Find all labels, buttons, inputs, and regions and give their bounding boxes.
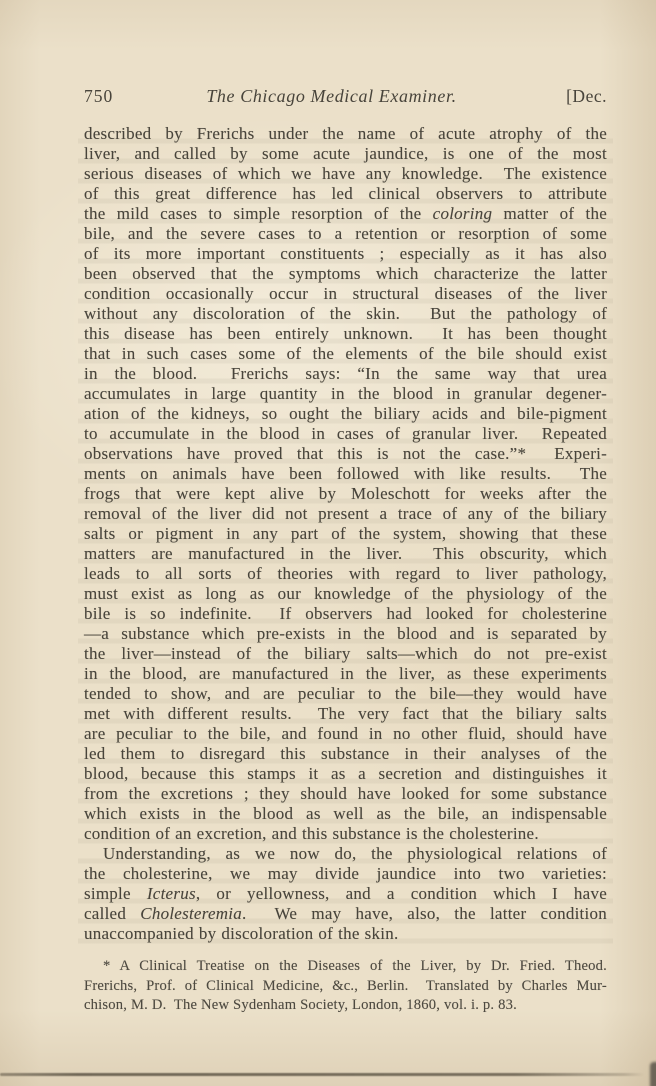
text-segment: —a substance which pre-exists in the blo… <box>84 624 607 643</box>
text-segment: ments on animals have been followed with… <box>84 464 607 483</box>
text-line: without any discoloration of the skin. B… <box>84 304 607 324</box>
text-segment: unaccompanied by discoloration of the sk… <box>84 924 398 943</box>
issue-label: [Dec. <box>566 86 607 107</box>
text-line: that in such cases some of the elements … <box>84 344 607 364</box>
text-segment: in the blood. Frerichs says: “In the sam… <box>84 364 607 383</box>
text-segment: of its more important constituents ; esp… <box>84 244 607 263</box>
text-line: * A Clinical Treatise on the Diseases of… <box>84 957 607 977</box>
text-segment: liver, and called by some acute jaundice… <box>84 144 607 163</box>
text-segment: Understanding, as we now do, the physiol… <box>103 844 607 863</box>
text-line: salts or pigment in any part of the syst… <box>84 524 607 544</box>
bottom-right-edge-smudge <box>650 1062 656 1086</box>
text-segment: serious diseases of which we have any kn… <box>84 164 607 183</box>
text-line: frogs that were kept alive by Moleschott… <box>84 484 607 504</box>
text-line: led them to disregard this substance in … <box>84 744 607 764</box>
text-line: ments on animals have been followed with… <box>84 464 607 484</box>
text-segment: accumulates in large quantity in the blo… <box>84 384 607 403</box>
text-segment: bile, and the severe cases to a retentio… <box>84 224 607 243</box>
text-line: condition of an excretion, and this subs… <box>84 824 607 844</box>
text-segment: from the excretions ; they should have l… <box>84 784 607 803</box>
text-line: matters are manufactured in the liver. T… <box>84 544 607 564</box>
text-line: simple Icterus, or yellowness, and a con… <box>84 884 607 904</box>
text-line: of its more important constituents ; esp… <box>84 244 607 264</box>
page-header: 750 The Chicago Medical Examiner. [Dec. <box>84 86 607 110</box>
text-line: are peculiar to the bile, and found in n… <box>84 724 607 744</box>
text-line: the cholesterine, we may divide jaundice… <box>84 864 607 884</box>
text-segment: must exist as long as our knowledge of t… <box>84 584 607 603</box>
text-segment: chison, M. D. The New Sydenham Society, … <box>84 997 517 1013</box>
text-segment: described by Frerichs under the name of … <box>84 124 607 143</box>
text-segment: of this great difference has led clinica… <box>84 184 607 203</box>
text-segment: called <box>84 904 140 923</box>
text-segment: the liver—instead of the biliary salts—w… <box>84 644 607 663</box>
page-number: 750 <box>84 86 113 107</box>
bottom-edge-line <box>0 1073 644 1076</box>
text-segment: * A Clinical Treatise on the Diseases of… <box>103 958 607 974</box>
text-segment: simple <box>84 884 147 903</box>
text-line: serious diseases of which we have any kn… <box>84 164 607 184</box>
text-segment: leads to all sorts of theories with rega… <box>84 564 607 583</box>
text-line: accumulates in large quantity in the blo… <box>84 384 607 404</box>
text-line: liver, and called by some acute jaundice… <box>84 144 607 164</box>
text-line: removal of the liver did not present a t… <box>84 504 607 524</box>
text-line: unaccompanied by discoloration of the sk… <box>84 924 607 944</box>
text-line: leads to all sorts of theories with rega… <box>84 564 607 584</box>
text-line: the liver—instead of the biliary salts—w… <box>84 644 607 664</box>
text-segment: met with different results. The very fac… <box>84 704 607 723</box>
text-line: observations have proved that this is no… <box>84 444 607 464</box>
text-line: in the blood. Frerichs says: “In the sam… <box>84 364 607 384</box>
text-segment: condition of an excretion, and this subs… <box>84 824 539 843</box>
text-segment: , or yellowness, and a condition which I… <box>196 884 607 903</box>
text-segment: bile is so indefinite. If observers had … <box>84 604 607 623</box>
text-segment: led them to disregard this substance in … <box>84 744 607 763</box>
text-segment: to accumulate in the blood in cases of g… <box>84 424 607 443</box>
text-segment: tended to show, and are peculiar to the … <box>84 684 607 703</box>
text-segment: removal of the liver did not present a t… <box>84 504 607 523</box>
text-segment: blood, because this stamps it as a secre… <box>84 764 607 783</box>
text-line: Frerichs, Prof. of Clinical Medicine, &c… <box>84 977 607 997</box>
text-line: called Cholesteremia. We may have, also,… <box>84 904 607 924</box>
text-segment: Frerichs, Prof. of Clinical Medicine, &c… <box>84 978 607 994</box>
footnote: * A Clinical Treatise on the Diseases of… <box>84 957 607 1016</box>
text-line: the mild cases to simple resorption of t… <box>84 204 607 224</box>
text-line: —a substance which pre-exists in the blo… <box>84 624 607 644</box>
text-line: tended to show, and are peculiar to the … <box>84 684 607 704</box>
text-line: Understanding, as we now do, the physiol… <box>84 844 607 864</box>
text-segment: condition occasionally occur in structur… <box>84 284 607 303</box>
text-segment: ation of the kidneys, so ought the bilia… <box>84 404 607 423</box>
text-line: ation of the kidneys, so ought the bilia… <box>84 404 607 424</box>
journal-title: The Chicago Medical Examiner. <box>206 86 456 107</box>
text-segment: the mild cases to simple resorption of t… <box>84 204 433 223</box>
text-line: described by Frerichs under the name of … <box>84 124 607 144</box>
text-segment: frogs that were kept alive by Moleschott… <box>84 484 607 503</box>
text-line: of this great difference has led clinica… <box>84 184 607 204</box>
text-line: met with different results. The very fac… <box>84 704 607 724</box>
text-line: bile is so indefinite. If observers had … <box>84 604 607 624</box>
italic-text: Icterus <box>147 884 196 903</box>
text-segment: in the blood, are manufactured in the li… <box>84 664 607 683</box>
text-line: to accumulate in the blood in cases of g… <box>84 424 607 444</box>
text-line: must exist as long as our knowledge of t… <box>84 584 607 604</box>
text-segment: . We may have, also, the latter conditio… <box>242 904 607 923</box>
text-segment: that in such cases some of the elements … <box>84 344 607 363</box>
text-segment: are peculiar to the bile, and found in n… <box>84 724 607 743</box>
text-segment: without any discoloration of the skin. B… <box>84 304 607 323</box>
text-segment: been observed that the symptoms which ch… <box>84 264 607 283</box>
text-segment: matter of the <box>492 204 607 223</box>
scanned-page: 750 The Chicago Medical Examiner. [Dec. … <box>0 0 656 1086</box>
text-line: in the blood, are manufactured in the li… <box>84 664 607 684</box>
italic-text: coloring <box>433 204 493 223</box>
text-line: bile, and the severe cases to a retentio… <box>84 224 607 244</box>
text-line: condition occasionally occur in structur… <box>84 284 607 304</box>
text-segment: matters are manufactured in the liver. T… <box>84 544 607 563</box>
article-body: described by Frerichs under the name of … <box>84 124 607 944</box>
text-line: from the excretions ; they should have l… <box>84 784 607 804</box>
text-segment: which exists in the blood as well as the… <box>84 804 607 823</box>
text-line: chison, M. D. The New Sydenham Society, … <box>84 996 607 1016</box>
text-segment: observations have proved that this is no… <box>84 444 607 463</box>
text-line: which exists in the blood as well as the… <box>84 804 607 824</box>
text-segment: salts or pigment in any part of the syst… <box>84 524 607 543</box>
text-line: blood, because this stamps it as a secre… <box>84 764 607 784</box>
text-segment: the cholesterine, we may divide jaundice… <box>84 864 607 883</box>
text-line: been observed that the symptoms which ch… <box>84 264 607 284</box>
italic-text: Cholesteremia <box>140 904 242 923</box>
text-line: this disease has been entirely unknown. … <box>84 324 607 344</box>
text-segment: this disease has been entirely unknown. … <box>84 324 607 343</box>
